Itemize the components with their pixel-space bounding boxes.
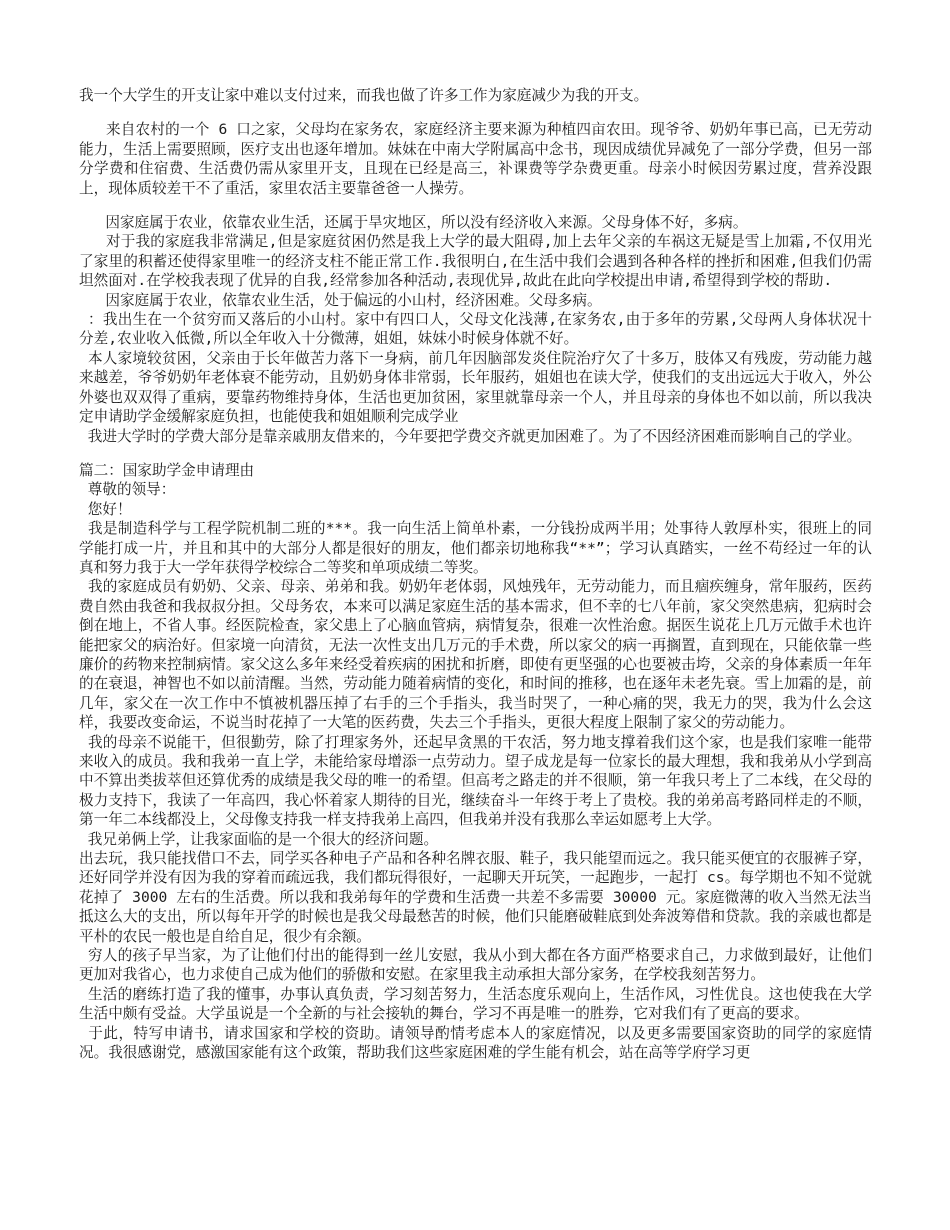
paragraph: 对于我的家庭我非常满足,但是家庭贫困仍然是我上大学的最大阻碍,加上去年父亲的车祸…: [79, 232, 872, 290]
paragraph: 篇二：国家助学金申请理由: [79, 461, 872, 480]
paragraph: 穷人的孩子早当家，为了让他们付出的能得到一丝儿安慰，我从小到大都在各方面严格要求…: [79, 946, 872, 985]
paragraph: 因家庭属于农业，依靠农业生活，处于偏远的小山村，经济困难。父母多病。: [79, 291, 872, 310]
paragraph: 尊敬的领导：: [79, 480, 872, 499]
paragraph: 本人家境较贫困，父亲由于长年做苦力落下一身病，前几年因脑部发炎住院治疗欠了十多万…: [79, 349, 872, 427]
paragraph: 我进大学时的学费大部分是靠亲戚朋友借来的，今年要把学费交齐就更加困难了。为了不因…: [79, 427, 872, 446]
paragraph: 生活的磨练打造了我的懂事，办事认真负责，学习刻苦努力，生活态度乐观向上，生活作风…: [79, 985, 872, 1024]
paragraph: 于此，特写申请书，请求国家和学校的资助。请领导酌情考虑本人的家庭情况，以及更多需…: [79, 1024, 872, 1063]
paragraph: 我的家庭成员有奶奶、父亲、母亲、弟弟和我。奶奶年老体弱，风烛残年，无劳动能力，而…: [79, 577, 872, 732]
paragraph: 我是制造科学与工程学院机制二班的***。我一向生活上简单朴素，一分钱扮成两半用；…: [79, 519, 872, 577]
document-body: 我一个大学生的开支让家中难以支付过来，而我也做了许多工作为家庭减少为我的开支。 …: [79, 86, 872, 1063]
document-page: 我一个大学生的开支让家中难以支付过来，而我也做了许多工作为家庭减少为我的开支。 …: [0, 0, 950, 1230]
paragraph: 出去玩，我只能找借口不去，同学买各种电子产品和各种名牌衣服、鞋子，我只能望而远之…: [79, 849, 872, 946]
paragraph: 您好！: [79, 500, 872, 519]
paragraph: 我兄弟俩上学，让我家面临的是一个很大的经济问题。: [79, 830, 872, 849]
paragraph-gap: [79, 446, 872, 461]
paragraph-gap: [79, 198, 872, 213]
paragraph: 我的母亲不说能干，但很勤劳，除了打理家务外，还起早贪黑的干农活，努力地支撑着我们…: [79, 733, 872, 830]
paragraph: 来自农村的一个 6 口之家，父母均在家务农，家庭经济主要来源为种植四亩农田。现爷…: [79, 120, 872, 198]
paragraph: 因家庭属于农业，依靠农业生活，还属于旱灾地区，所以没有经济收入来源。父母身体不好…: [79, 213, 872, 232]
paragraph: 我一个大学生的开支让家中难以支付过来，而我也做了许多工作为家庭减少为我的开支。: [79, 86, 872, 105]
paragraph-gap: [79, 105, 872, 120]
paragraph: ：我出生在一个贫穷而又落后的小山村。家中有四口人，父母文化浅薄,在家务农,由于多…: [79, 310, 872, 349]
